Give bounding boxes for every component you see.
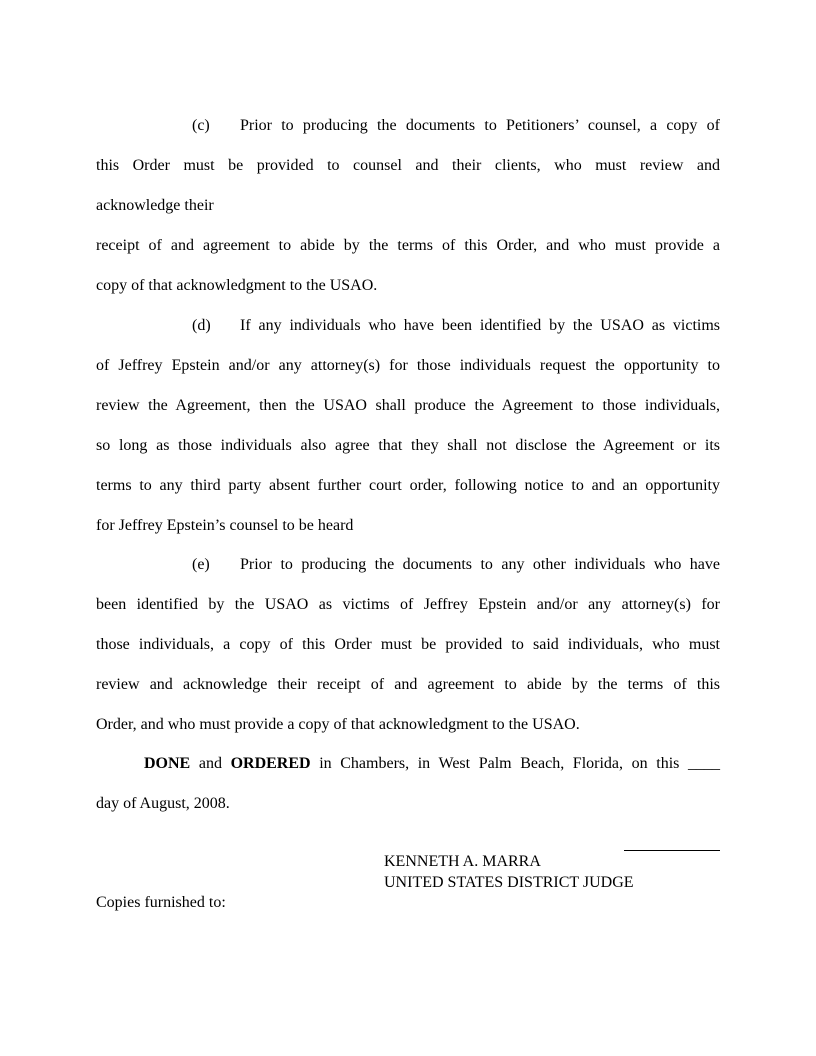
paragraph-c-label: (c) <box>192 116 210 136</box>
paragraph-e-line: review and acknowledge their receipt of … <box>96 675 720 695</box>
paragraph-d-line: of Jeffrey Epstein and/or any attorney(s… <box>96 356 720 376</box>
paragraph-c-line: this Order must be provided to counsel a… <box>96 156 720 176</box>
paragraph-d-line: review the Agreement, then the USAO shal… <box>96 396 720 416</box>
document-page: (c) Prior to producing the documents to … <box>0 0 816 1056</box>
paragraph-d-line: terms to any third party absent further … <box>96 476 720 496</box>
chambers-text: in Chambers, in West Palm Beach, Florida… <box>311 755 720 772</box>
paragraph-d-line: for Jeffrey Epstein’s counsel to be hear… <box>96 516 720 536</box>
paragraph-e-line: Order, and who must provide a copy of th… <box>96 715 720 735</box>
paragraph-c-line: copy of that acknowledgment to the USAO. <box>96 276 720 296</box>
paragraph-e-line: been identified by the USAO as victims o… <box>96 595 720 615</box>
paragraph-e-first-line: Prior to producing the documents to any … <box>240 555 720 575</box>
paragraph-e-line: those individuals, a copy of this Order … <box>96 635 720 655</box>
paragraph-c-line: acknowledge their <box>96 196 720 216</box>
copies-furnished-label: Copies furnished to: <box>96 893 226 913</box>
done-and-ordered-line: DONE and ORDERED in Chambers, in West Pa… <box>144 754 720 774</box>
judge-title: UNITED STATES DISTRICT JUDGE <box>384 873 634 893</box>
paragraph-d-line: so long as those individuals also agree … <box>96 436 720 456</box>
paragraph-e-label: (e) <box>192 555 210 575</box>
signature-line <box>624 850 720 851</box>
paragraph-d-label: (d) <box>192 316 211 336</box>
and-text: and <box>190 755 230 772</box>
done-label: DONE <box>144 755 190 772</box>
paragraph-c-line: receipt of and agreement to abide by the… <box>96 236 720 256</box>
date-line: day of August, 2008. <box>96 794 720 814</box>
paragraph-d-first-line: If any individuals who have been identif… <box>240 316 720 336</box>
judge-name: KENNETH A. MARRA <box>384 852 541 872</box>
ordered-label: ORDERED <box>231 755 311 772</box>
paragraph-c-first-line: Prior to producing the documents to Peti… <box>240 116 720 136</box>
